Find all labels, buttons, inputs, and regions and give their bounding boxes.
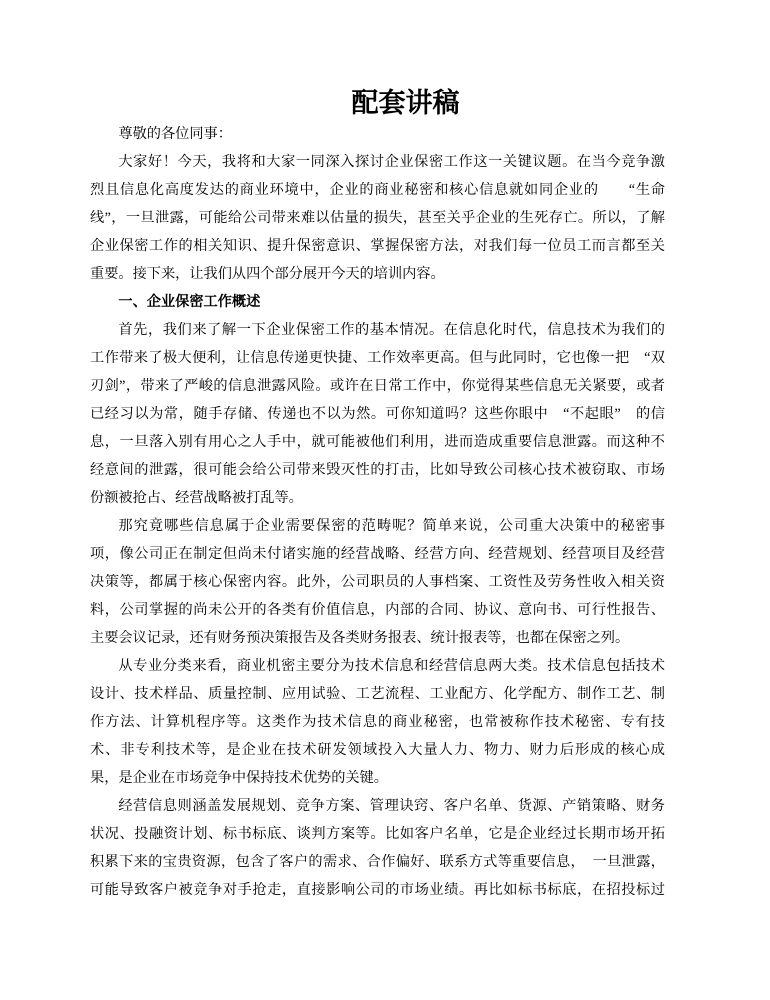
text-line: 经营信息则涵盖发展规划、竞争方案、管理诀窍、客户名单、货源、产销策略、财务 bbox=[90, 792, 665, 820]
document-page: 配套讲稿 尊敬的各位同事：大家好！今天，我将和大家一同深入探讨企业保密工作这一关… bbox=[0, 0, 770, 1000]
text-line: 线”，一旦泄露，可能给公司带来难以估量的损失，甚至关乎企业的生死存亡。所以，了解 bbox=[90, 204, 665, 232]
text-line: 份额被抢占、经营战略被打乱等。 bbox=[90, 484, 665, 512]
text-line: 已经习以为常，随手存储、传递也不以为然。可你知道吗？这些你眼中 “不起眼” 的信 bbox=[90, 400, 665, 428]
text-line: 烈且信息化高度发达的商业环境中，企业的商业秘密和核心信息就如同企业的 “生命 bbox=[90, 176, 665, 204]
text-line: 大家好！今天，我将和大家一同深入探讨企业保密工作这一关键议题。在当今竞争激 bbox=[90, 148, 665, 176]
text-line: 重要。接下来，让我们从四个部分展开今天的培训内容。 bbox=[90, 260, 665, 288]
text-line: 作方法、计算机程序等。这类作为技术信息的商业秘密，也常被称作技术秘密、专有技 bbox=[90, 708, 665, 736]
text-line: 企业保密工作的相关知识、提升保密意识、掌握保密方法，对我们每一位员工而言都至关 bbox=[90, 232, 665, 260]
text-line: 可能导致客户被竞争对手抢走，直接影响公司的市场业绩。再比如标书标底，在招投标过 bbox=[90, 876, 665, 904]
text-line: 设计、技术样品、质量控制、应用试验、工艺流程、工业配方、化学配方、制作工艺、制 bbox=[90, 680, 665, 708]
text-line: 经意间的泄露，很可能会给公司带来毁灭性的打击，比如导致公司核心技术被窃取、市场 bbox=[90, 456, 665, 484]
paragraph: 经营信息则涵盖发展规划、竞争方案、管理诀窍、客户名单、货源、产销策略、财务状况、… bbox=[90, 792, 665, 904]
text-line: 果，是企业在市场竞争中保持技术优势的关键。 bbox=[90, 764, 665, 792]
text-line: 料，公司掌握的尚未公开的各类有价值信息，内部的合同、协议、意向书、可行性报告、 bbox=[90, 596, 665, 624]
text-line: 积累下来的宝贵资源，包含了客户的需求、合作偏好、联系方式等重要信息， 一旦泄露， bbox=[90, 848, 665, 876]
text-line: 术、非专利技术等，是企业在技术研发领域投入大量人力、物力、财力后形成的核心成 bbox=[90, 736, 665, 764]
text-line: 刃剑”，带来了严峻的信息泄露风险。或许在日常工作中，你觉得某些信息无关紧要，或者 bbox=[90, 372, 665, 400]
text-line: 息，一旦落入别有用心之人手中，就可能被他们利用，进而造成重要信息泄露。而这种不 bbox=[90, 428, 665, 456]
document-body: 尊敬的各位同事：大家好！今天，我将和大家一同深入探讨企业保密工作这一关键议题。在… bbox=[90, 120, 665, 904]
text-line: 那究竟哪些信息属于企业需要保密的范畴呢？简单来说，公司重大决策中的秘密事 bbox=[90, 512, 665, 540]
text-line: 项，像公司正在制定但尚未付诸实施的经营战略、经营方向、经营规划、经营项目及经营 bbox=[90, 540, 665, 568]
text-line: 工作带来了极大便利，让信息传递更快捷、工作效率更高。但与此同时，它也像一把 “双 bbox=[90, 344, 665, 372]
text-line: 尊敬的各位同事： bbox=[90, 120, 665, 148]
paragraph: 那究竟哪些信息属于企业需要保密的范畴呢？简单来说，公司重大决策中的秘密事项，像公… bbox=[90, 512, 665, 652]
text-line: 主要会议记录，还有财务预决策报告及各类财务报表、统计报表等，也都在保密之列。 bbox=[90, 624, 665, 652]
text-line: 首先，我们来了解一下企业保密工作的基本情况。在信息化时代，信息技术为我们的 bbox=[90, 316, 665, 344]
paragraph: 首先，我们来了解一下企业保密工作的基本情况。在信息化时代，信息技术为我们的工作带… bbox=[90, 316, 665, 512]
section-heading: 一、企业保密工作概述 bbox=[90, 288, 665, 316]
text-line: 状况、投融资计划、标书标底、谈判方案等。比如客户名单，它是企业经过长期市场开拓 bbox=[90, 820, 665, 848]
text-line: 一、企业保密工作概述 bbox=[90, 288, 665, 316]
text-line: 决策等，都属于核心保密内容。此外，公司职员的人事档案、工资性及劳务性收入相关资 bbox=[90, 568, 665, 596]
text-line: 从专业分类来看，商业机密主要分为技术信息和经营信息两大类。技术信息包括技术 bbox=[90, 652, 665, 680]
paragraph: 大家好！今天，我将和大家一同深入探讨企业保密工作这一关键议题。在当今竞争激烈且信… bbox=[90, 148, 665, 288]
paragraph: 尊敬的各位同事： bbox=[90, 120, 665, 148]
document-title: 配套讲稿 bbox=[90, 86, 665, 120]
paragraph: 从专业分类来看，商业机密主要分为技术信息和经营信息两大类。技术信息包括技术设计、… bbox=[90, 652, 665, 792]
